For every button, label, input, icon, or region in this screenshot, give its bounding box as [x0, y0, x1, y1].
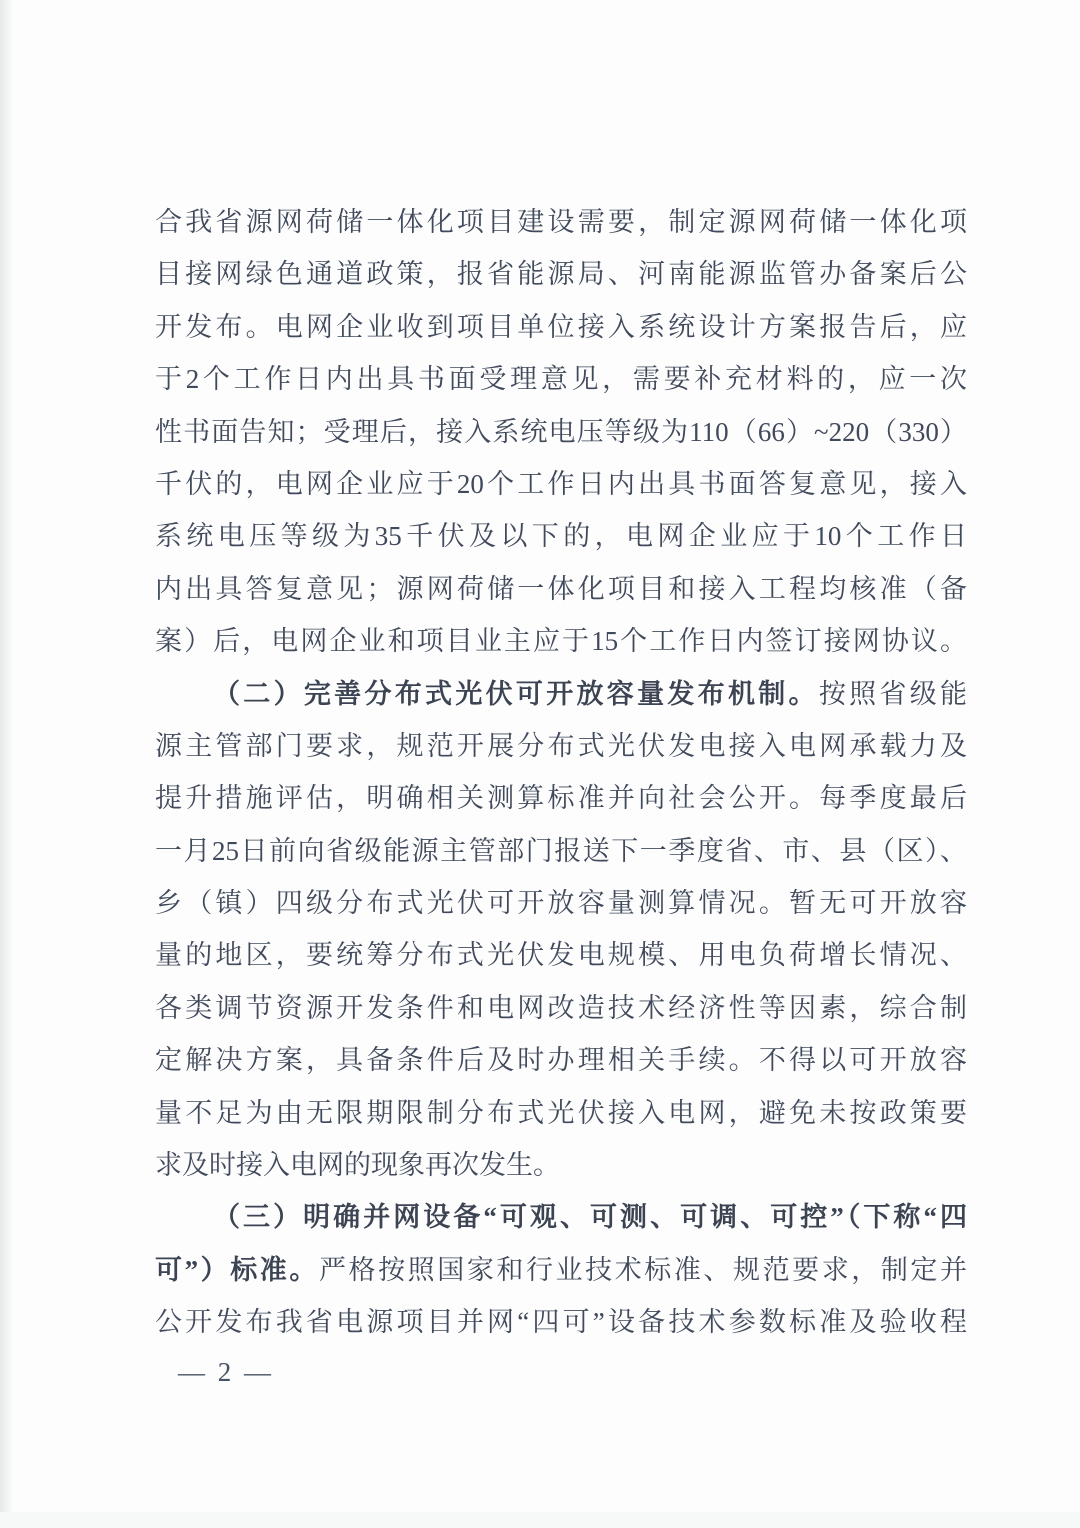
text-line: 开发布。电网企业收到项目单位接入系统设计方案报告后，应 — [155, 301, 967, 353]
text-line: 源主管部门要求，规范开展分布式光伏发电接入电网承载力及 — [155, 720, 967, 772]
section-heading-line: （二）完善分布式光伏可开放容量发布机制。按照省级能 — [155, 668, 967, 720]
text-line: 可”）标准。严格按照国家和行业技术标准、规范要求，制定并 — [155, 1244, 967, 1296]
text-line: 定解决方案，具备条件后及时办理相关手续。不得以可开放容 — [155, 1034, 967, 1086]
text-line: 各类调节资源开发条件和电网改造技术经济性等因素，综合制 — [155, 982, 967, 1034]
section-heading-line: （三）明确并网设备“可观、可测、可调、可控”（下称“四 — [155, 1191, 967, 1243]
text-line: 性书面告知；受理后，接入系统电压等级为110（66）~220（330） — [155, 406, 967, 458]
text-line: 合我省源网荷储一体化项目建设需要，制定源网荷储一体化项 — [155, 196, 967, 248]
text-line: 量的地区，要统筹分布式光伏发电规模、用电负荷增长情况、 — [155, 929, 967, 981]
scan-edge-bottom — [0, 1512, 1080, 1528]
text-line: 乡（镇）四级分布式光伏可开放容量测算情况。暂无可开放容 — [155, 877, 967, 929]
document-text-block: 合我省源网荷储一体化项目建设需要，制定源网荷储一体化项 目接网绿色通道政策，报省… — [155, 196, 967, 1349]
text-line: 系统电压等级为35千伏及以下的，电网企业应于10个工作日 — [155, 510, 967, 562]
text-line: 千伏的，电网企业应于20个工作日内出具书面答复意见，接入 — [155, 458, 967, 510]
text-line: 量不足为由无限期限制分布式光伏接入电网，避免未按政策要 — [155, 1087, 967, 1139]
text-line: 公开发布我省电源项目并网“四可”设备技术参数标准及验收程 — [155, 1296, 967, 1348]
document-page: 合我省源网荷储一体化项目建设需要，制定源网荷储一体化项 目接网绿色通道政策，报省… — [0, 0, 1080, 1528]
page-number: — 2 — — [178, 1352, 274, 1392]
scan-edge-left — [0, 0, 14, 1528]
text-line: 一月25日前向省级能源主管部门报送下一季度省、市、县（区）、 — [155, 825, 967, 877]
text-line: 于2个工作日内出具书面受理意见，需要补充材料的，应一次 — [155, 353, 967, 405]
text-line: 内出具答复意见；源网荷储一体化项目和接入工程均核准（备 — [155, 563, 967, 615]
text-line: 提升措施评估，明确相关测算标准并向社会公开。每季度最后 — [155, 772, 967, 824]
paragraph-end-line: 求及时接入电网的现象再次发生。 — [155, 1139, 967, 1191]
text-line: 案）后，电网企业和项目业主应于15个工作日内签订接网协议。 — [155, 615, 967, 667]
text-line: 目接网绿色通道政策，报省能源局、河南能源监管办备案后公 — [155, 248, 967, 300]
